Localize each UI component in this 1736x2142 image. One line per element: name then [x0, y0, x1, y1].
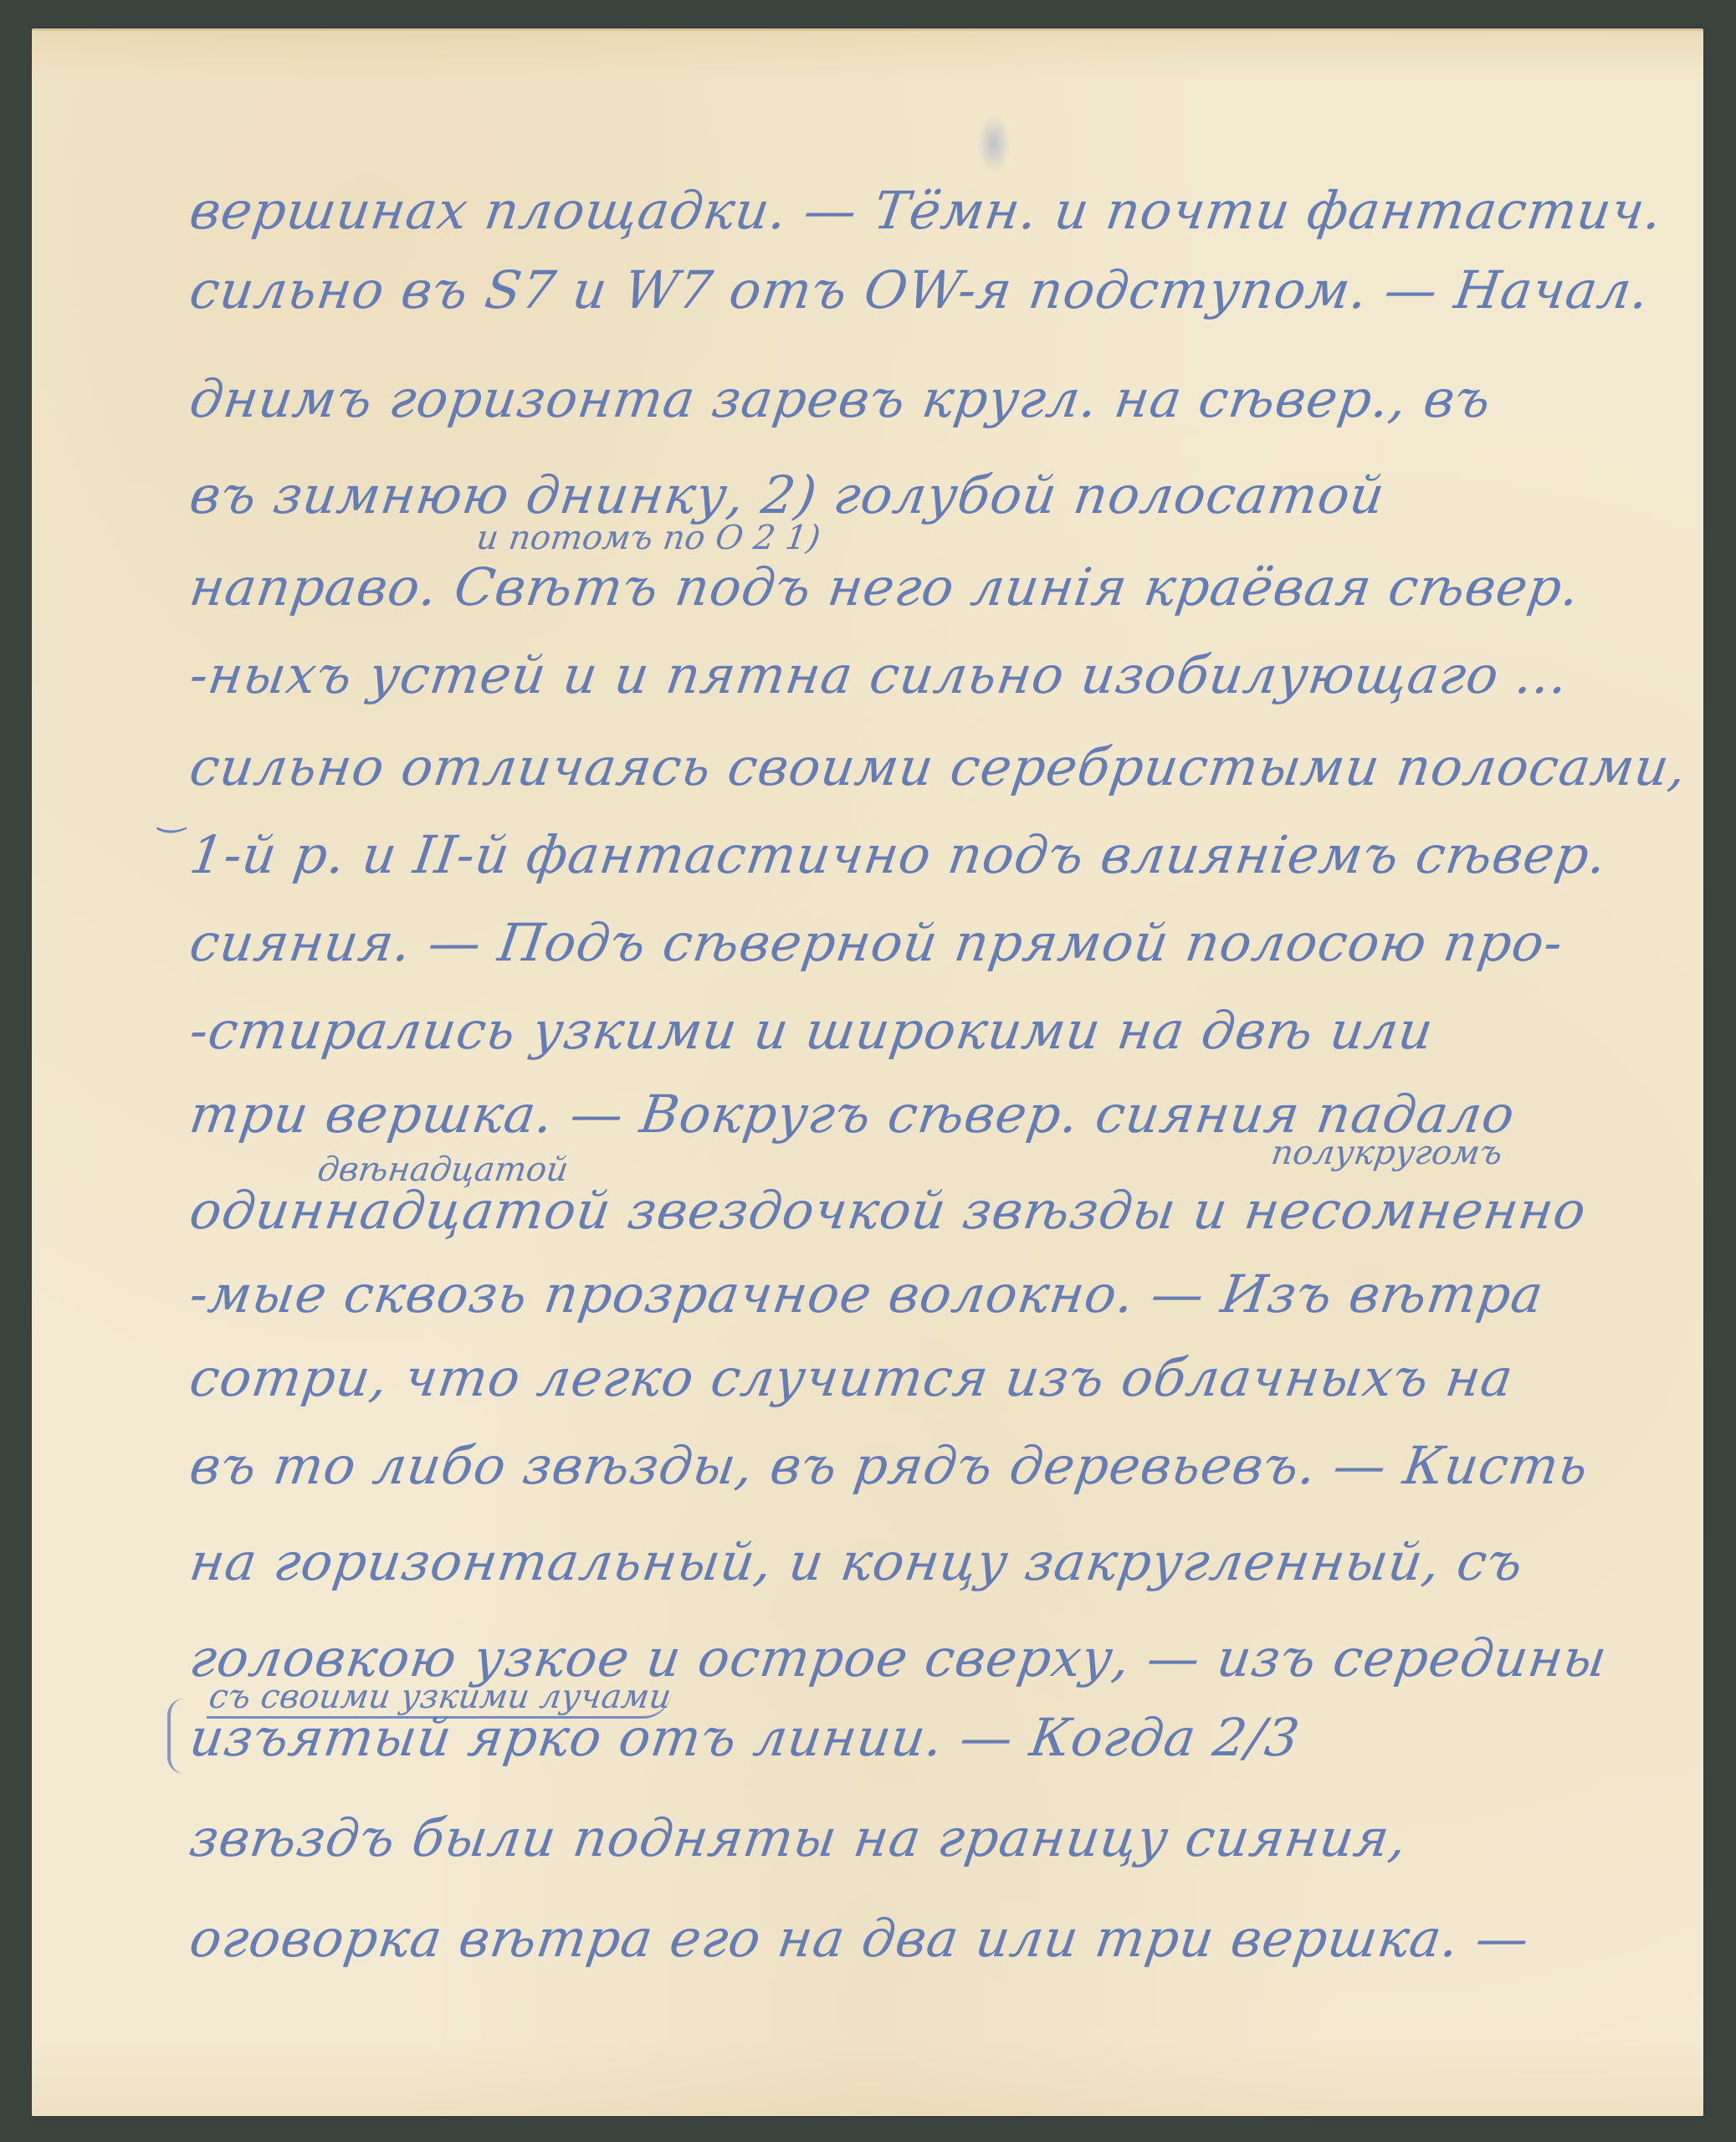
manuscript-line-16: на горизонтальный, и концу закругленный,…: [184, 1531, 1680, 1606]
margin-mark: ‿: [159, 795, 186, 833]
interlinear-insertion-1: и потомъ по O 2 1): [474, 519, 823, 557]
manuscript-line-18: изъятый ярко отъ линии. — Когда 2/3: [184, 1707, 1680, 1782]
manuscript-line-3: днимъ горизонта заревъ кругл. на сѣвер.,…: [184, 368, 1680, 443]
manuscript-line-4: въ зимнюю днинку, 2) голубой полосатой: [184, 464, 1680, 540]
manuscript-line-12: одиннадцатой звездочкой звѣзды и несомне…: [184, 1180, 1680, 1255]
manuscript-line-13: -мые сквозь прозрачное волокно. — Изъ вѣ…: [184, 1263, 1680, 1339]
manuscript-line-10: -стирались узкими и широкими на двѣ или: [184, 1000, 1680, 1075]
manuscript-line-20: оговорка вѣтра его на два или три вершка…: [184, 1908, 1680, 1983]
manuscript-line-1: вершинах площадки. — Тёмн. и почти фанта…: [184, 180, 1680, 255]
manuscript-line-7: сильно отличаясь своими серебристыми пол…: [184, 736, 1680, 812]
manuscript-line-19: звѣздъ были подняты на границу сияния,: [184, 1807, 1680, 1883]
manuscript-line-9: сияния. — Подъ сѣверной прямой полосою п…: [184, 912, 1680, 987]
manuscript-line-14: сотри, что легко случится изъ облачныхъ …: [184, 1347, 1680, 1422]
manuscript-line-6: -ныхъ устей и и пятна сильно изобилующаг…: [184, 644, 1680, 720]
manuscript-line-2: сильно въ S7 и W7 отъ OW-я подступом. — …: [184, 259, 1680, 335]
ink-smudge: [977, 115, 1011, 173]
manuscript-line-8: 1-й р. и II-й фантастично подъ влиянiемъ…: [184, 824, 1680, 899]
interlinear-insertion-3: полукругомъ: [1269, 1134, 1505, 1172]
manuscript-line-15: въ то либо звѣзды, въ рядъ деревьевъ. — …: [184, 1435, 1680, 1510]
manuscript-line-5: направо. Свѣтъ подъ него линія краёвая с…: [184, 556, 1680, 632]
